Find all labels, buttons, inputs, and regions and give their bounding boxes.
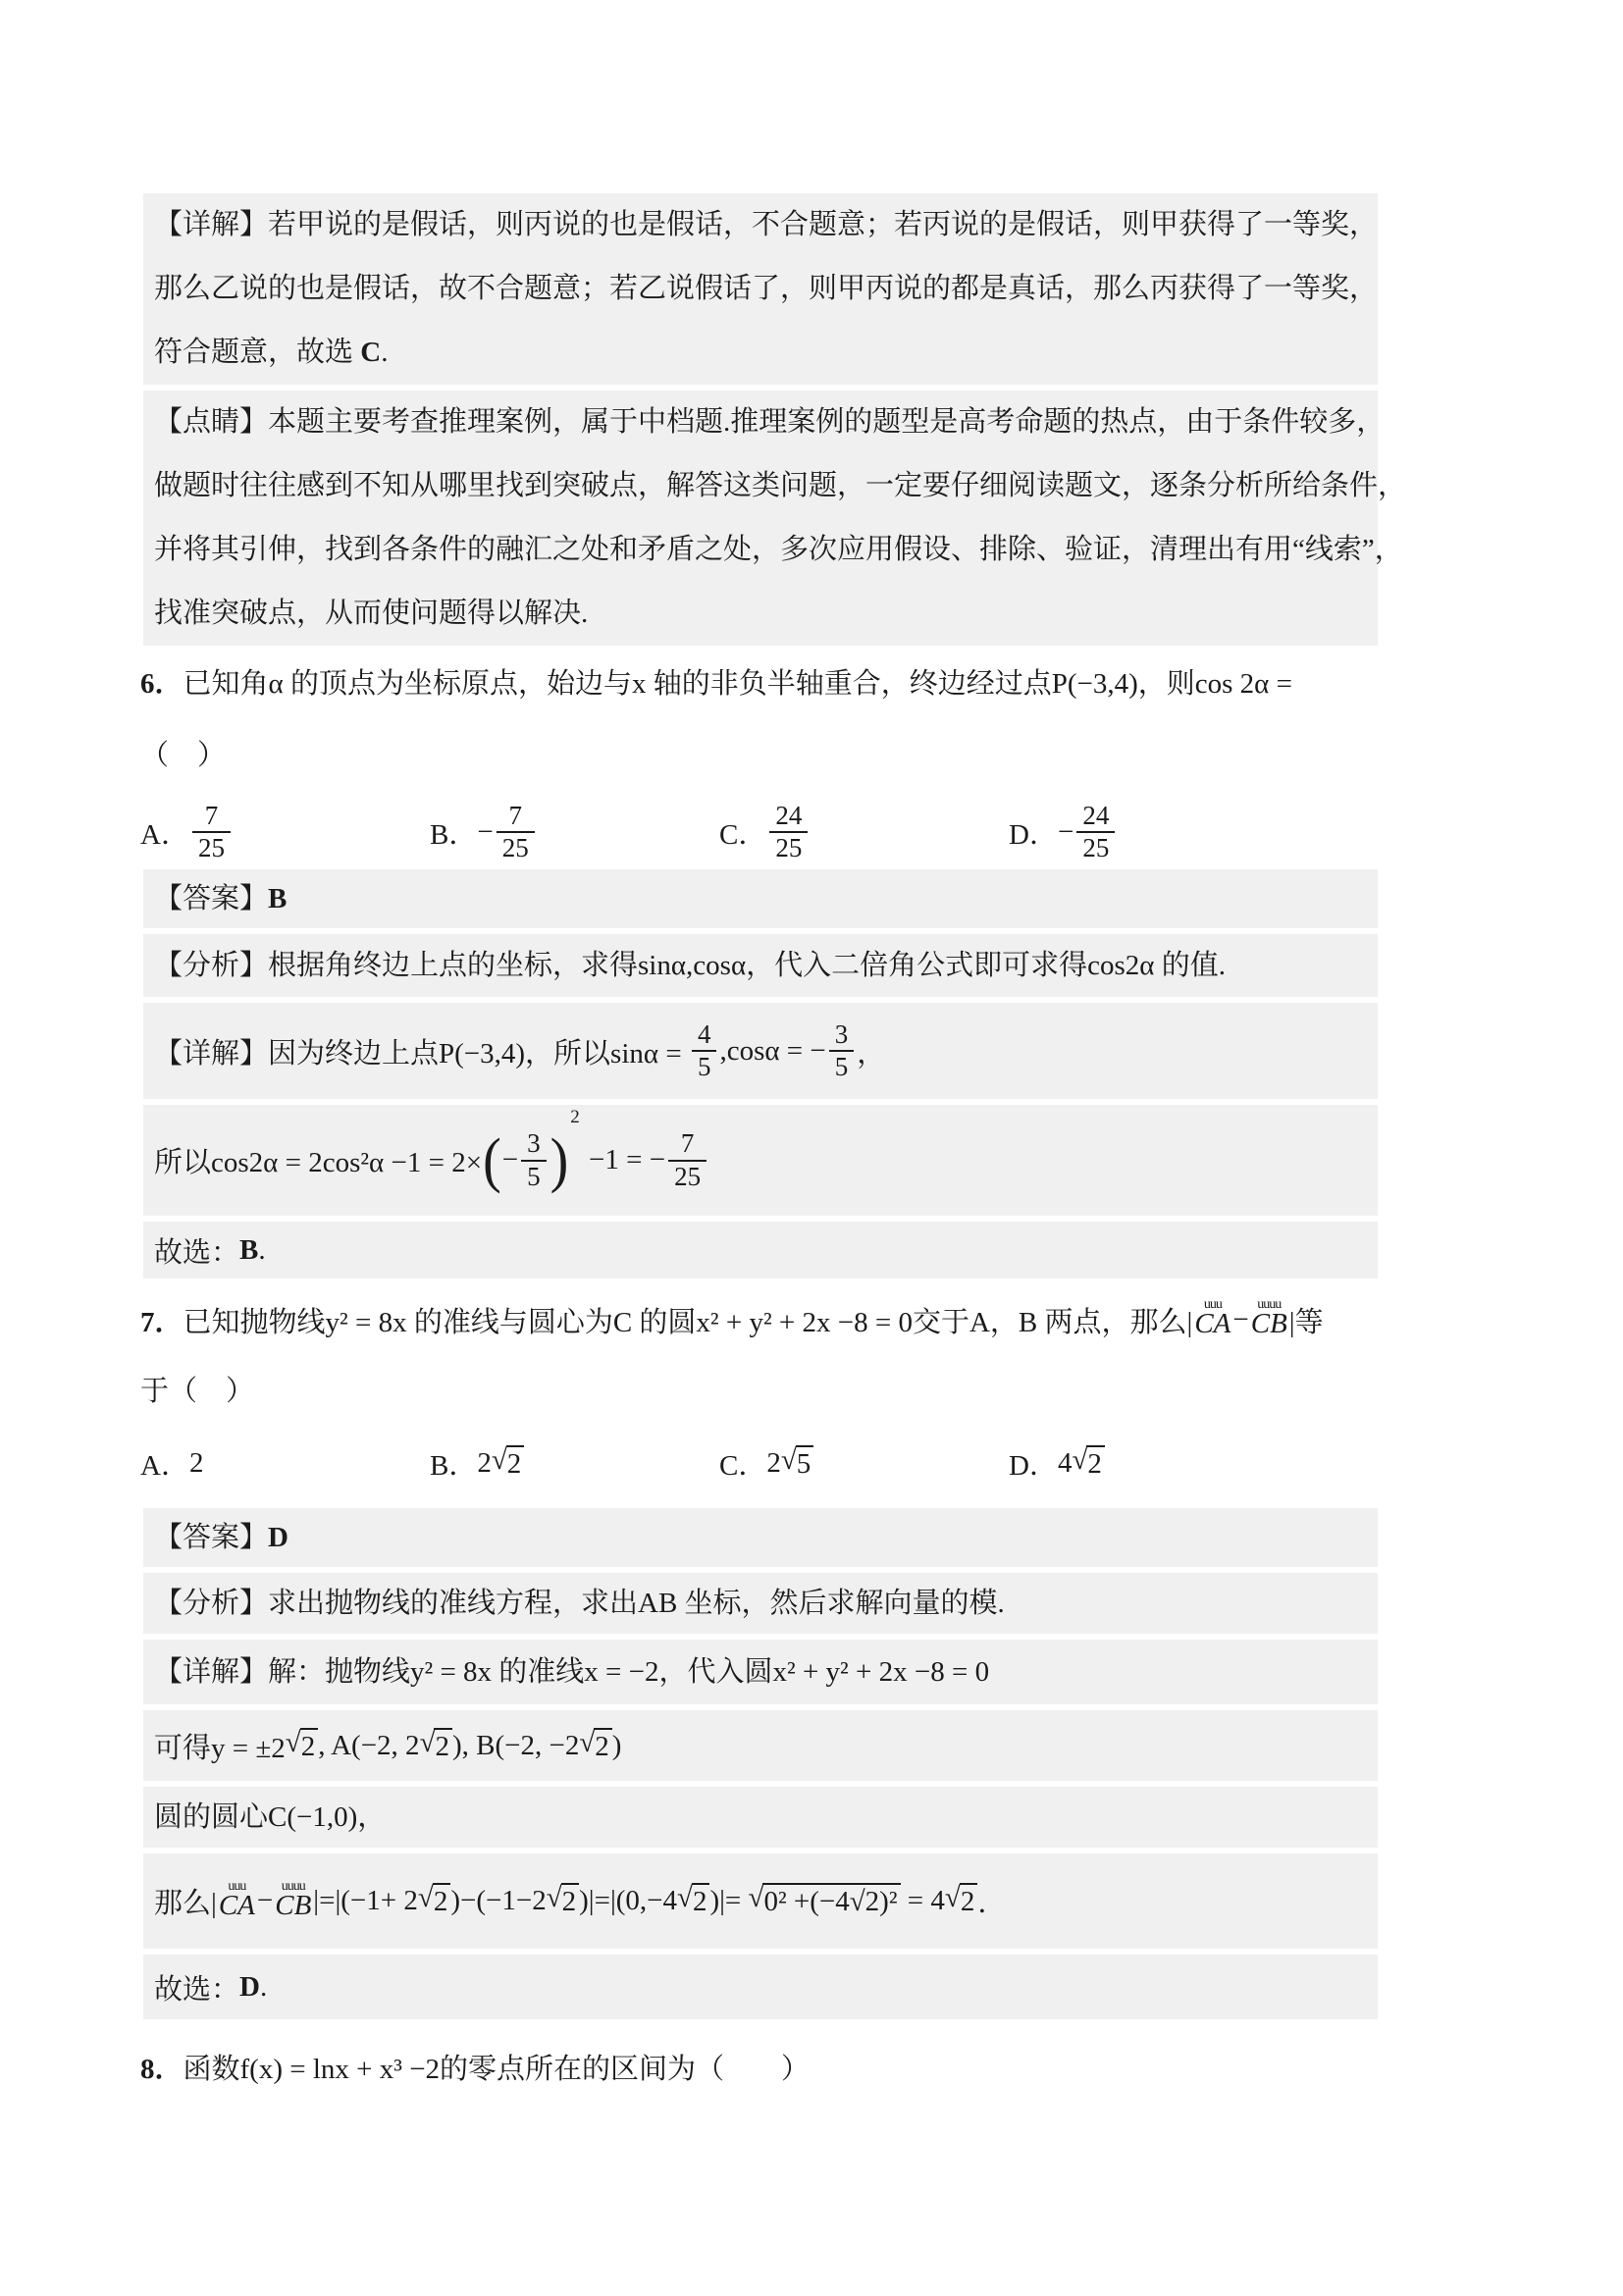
detail-line: 圆的圆心C(−1,0)， xyxy=(143,1787,1378,1848)
radicand: 2 xyxy=(300,1728,319,1764)
answer-paragraph: 【答案】B xyxy=(143,869,1378,928)
sqrt: √2 xyxy=(420,1728,452,1764)
detail-conclusion-line: 符合题意，故选 C. xyxy=(154,321,1378,385)
formula-text: )|=|(0,−4 xyxy=(579,1885,677,1917)
analysis-paragraph: 【分析】求出抛物线的准线方程，求出AB 坐标，然后求解向量的模. xyxy=(143,1573,1378,1634)
question-number: 7． xyxy=(140,1300,183,1340)
minus-sign: − xyxy=(1232,1304,1248,1336)
vector-base: CA xyxy=(1194,1309,1230,1338)
sqrt-sign: √ xyxy=(418,1883,434,1912)
big-sqrt: √0² +(−4√2)² xyxy=(749,1883,901,1919)
option-b: B．2√2 xyxy=(430,1433,524,1493)
option-a: A．725 xyxy=(140,787,234,877)
numerator: 24 xyxy=(1076,801,1115,833)
numerator: 24 xyxy=(769,801,808,833)
period: ． xyxy=(977,1881,1006,1921)
left-paren: ( xyxy=(483,1129,501,1191)
fraction: 725 xyxy=(668,1128,707,1191)
radicand: 2 xyxy=(1086,1445,1105,1482)
option-c: C．2√5 xyxy=(719,1433,813,1493)
denominator: 25 xyxy=(769,833,808,863)
option-label: D． xyxy=(1009,812,1058,853)
radicand: 2 xyxy=(506,1445,525,1482)
conclusion-text: 符合题意，故选 xyxy=(154,337,360,368)
sqrt-sign: √ xyxy=(492,1445,507,1475)
detail-formula-line: 所以cos2α = 2cos²α −1 = 2× ( − 35 ) 2 −1 =… xyxy=(143,1105,1378,1216)
numerator: 4 xyxy=(692,1019,717,1052)
question8-stem: 8．函数f(x) = lnx + x³ −2的零点所在的区间为（ ） xyxy=(140,2045,810,2088)
conclusion-paragraph: 故选：D. xyxy=(143,1955,1378,2019)
sqrt-sign: √ xyxy=(781,1445,797,1475)
detail-formula-line: 那么| uuuCA − uuuuCB |=|(−1+ 2 √2 )−(−1−2 … xyxy=(143,1853,1378,1949)
conclusion-text: 故选： xyxy=(154,1230,239,1271)
formula-text: )|= xyxy=(709,1885,748,1917)
radicand: 2 xyxy=(561,1883,580,1919)
minus-sign: − xyxy=(257,1885,273,1917)
vector-cb: uuuuCB xyxy=(1251,1300,1287,1338)
numerator: 7 xyxy=(668,1128,707,1161)
vector-ca: uuuCA xyxy=(219,1882,255,1920)
denominator: 25 xyxy=(1076,833,1115,863)
sqrt-sign: √ xyxy=(286,1728,301,1757)
denominator: 5 xyxy=(521,1162,547,1192)
coefficient: 2 xyxy=(477,1447,492,1480)
answer-label: 【答案】 xyxy=(154,883,268,914)
answer-letter: D xyxy=(239,1971,260,2004)
option-c: C．2425 xyxy=(719,787,811,877)
exponent: 2 xyxy=(570,1107,580,1128)
formula-text: ), B(−2, −2 xyxy=(452,1730,579,1762)
vector-cb: uuuuCB xyxy=(275,1882,311,1920)
sqrt: √2 xyxy=(945,1883,977,1919)
conclusion-paragraph: 故选：B. xyxy=(143,1222,1378,1278)
answer-letter: C xyxy=(360,337,381,368)
radicand: 2 xyxy=(960,1883,978,1919)
question-text: 已知角α 的顶点为坐标原点，始边与x 轴的非负半轴重合，终边经过点P(−3,4)… xyxy=(183,661,1292,702)
formula-text: )−(−1−2 xyxy=(450,1885,546,1917)
solution6-block: 【答案】B 【分析】根据角终边上点的坐标，求得sinα,cosα，代入二倍角公式… xyxy=(143,869,1378,1284)
sqrt: √2 xyxy=(547,1883,579,1919)
formula-text: −1 = − xyxy=(582,1144,665,1176)
solution7-block: 【答案】D 【分析】求出抛物线的准线方程，求出AB 坐标，然后求解向量的模. 【… xyxy=(143,1508,1378,2025)
denominator: 5 xyxy=(829,1052,855,1082)
answer-letter: B xyxy=(268,883,287,914)
option-label: D． xyxy=(1009,1443,1058,1484)
question-number: 8． xyxy=(140,2047,183,2087)
sqrt-sign: √ xyxy=(945,1883,961,1912)
detail-line: 【详解】若甲说的是假话，则丙说的也是假话，不合题意；若丙说的是假话，则甲获得了一… xyxy=(154,193,1378,257)
period: . xyxy=(381,337,388,368)
radicand: 2 xyxy=(594,1728,612,1764)
fraction: 35 xyxy=(829,1019,855,1082)
denominator: 25 xyxy=(497,833,535,863)
radicand: 5 xyxy=(796,1445,814,1482)
detail-line: 那么乙说的也是假话，故不合题意；若乙说假话了，则甲丙说的都是真话，那么丙获得了一… xyxy=(154,257,1378,321)
sqrt-sign: √ xyxy=(420,1728,436,1757)
period: . xyxy=(258,1234,265,1267)
option-d: D．4√2 xyxy=(1009,1433,1105,1493)
numerator: 3 xyxy=(829,1019,855,1052)
option-d: D．−2425 xyxy=(1009,787,1118,877)
coefficient: 2 xyxy=(189,1447,204,1480)
question-text: 函数f(x) = lnx + x³ −2的零点所在的区间为（ ） xyxy=(183,2047,811,2087)
numerator: 7 xyxy=(192,801,231,833)
solution5-block: 【详解】若甲说的是假话，则丙说的也是假话，不合题意；若丙说的是假话，则甲获得了一… xyxy=(143,193,1378,652)
detail-formula-line: 可得y = ±2 √2 , A(−2, 2 √2 ), B(−2, −2 √2 … xyxy=(143,1710,1378,1781)
answer-paragraph: 【答案】D xyxy=(143,1508,1378,1567)
sqrt-sign: √ xyxy=(749,1883,764,1912)
coefficient: 4 xyxy=(1058,1447,1073,1480)
sqrt: √2 xyxy=(677,1883,709,1919)
sqrt: √2 xyxy=(492,1445,524,1482)
question6-paren: （ ） xyxy=(140,736,226,775)
sqrt-sign: √ xyxy=(677,1883,693,1912)
fraction: 2425 xyxy=(1076,801,1115,863)
sqrt: √2 xyxy=(579,1728,611,1764)
question7-options: A．2 B．2√2 C．2√5 D．4√2 xyxy=(140,1433,1396,1493)
minus-sign: − xyxy=(502,1144,518,1176)
sign: − xyxy=(1058,816,1073,849)
note-line: 做题时往往感到不知从哪里找到突破点，解答这类问题，一定要仔细阅读题文，逐条分析所… xyxy=(154,454,1378,518)
sqrt: √2 xyxy=(418,1883,450,1919)
formula-text: ,cosα = − xyxy=(719,1035,825,1068)
radicand: 2 xyxy=(692,1883,710,1919)
option-label: A． xyxy=(140,1443,189,1484)
answer-letter: D xyxy=(268,1522,288,1553)
radicand: 0² +(−4√2)² xyxy=(762,1883,900,1919)
question7-stem-line2: 于（ ） xyxy=(140,1372,254,1411)
sqrt-sign: √ xyxy=(547,1883,562,1912)
detail-line: 【详解】解：抛物线y² = 8x 的准线x = −2，代入圆x² + y² + … xyxy=(143,1640,1378,1704)
question7-stem: 7．已知抛物线y² = 8x 的准线与圆心为C 的圆x² + y² + 2x −… xyxy=(140,1293,1324,1346)
fraction: 45 xyxy=(692,1019,717,1082)
formula-text: ) xyxy=(612,1730,622,1762)
formula-text: 【详解】因为终边上点P(−3,4)，所以sinα = xyxy=(154,1031,689,1071)
document-page: 【详解】若甲说的是假话，则丙说的也是假话，不合题意；若丙说的是假话，则甲获得了一… xyxy=(0,0,1623,2296)
numerator: 3 xyxy=(521,1128,547,1161)
vector-ca: uuuCA xyxy=(1194,1300,1230,1338)
formula-text: ， xyxy=(857,1031,885,1071)
right-paren: ) xyxy=(550,1129,569,1191)
option-label: B． xyxy=(430,1443,477,1484)
denominator: 5 xyxy=(692,1052,717,1082)
sqrt-sign: √ xyxy=(579,1728,595,1757)
option-label: C． xyxy=(719,812,766,853)
radicand: 2 xyxy=(433,1883,451,1919)
note-line: 并将其引伸，找到各条件的融汇之处和矛盾之处，多次应用假设、排除、验证，清理出有用… xyxy=(154,518,1378,582)
formula-text: , A(−2, 2 xyxy=(318,1730,419,1762)
fraction: 2425 xyxy=(769,801,808,863)
question-text: |等 xyxy=(1289,1300,1324,1340)
fraction: 725 xyxy=(497,801,535,863)
note-line: 【点睛】本题主要考查推理案例，属于中档题.推理案例的题型是高考命题的热点，由于条… xyxy=(154,391,1378,454)
formula-text: = 4 xyxy=(901,1885,945,1917)
option-label: B． xyxy=(430,812,477,853)
sqrt: √2 xyxy=(1072,1445,1104,1482)
vector-base: CB xyxy=(275,1891,311,1920)
answer-label: 【答案】 xyxy=(154,1522,268,1553)
sqrt: √5 xyxy=(781,1445,813,1482)
option-b: B．−725 xyxy=(430,787,538,877)
option-a: A．2 xyxy=(140,1433,203,1493)
solution5-note-paragraph: 【点睛】本题主要考查推理案例，属于中档题.推理案例的题型是高考命题的热点，由于条… xyxy=(143,391,1378,646)
detail-formula-line: 【详解】因为终边上点P(−3,4)，所以sinα = 45 ,cosα = − … xyxy=(143,1003,1378,1099)
formula-text: 所以cos2α = 2cos²α −1 = 2× xyxy=(154,1140,482,1180)
option-label: C． xyxy=(719,1443,766,1484)
radicand: 2 xyxy=(434,1728,452,1764)
vector-base: CB xyxy=(1251,1309,1287,1338)
fraction: 35 xyxy=(521,1128,547,1191)
denominator: 25 xyxy=(192,833,231,863)
sign: − xyxy=(477,816,493,849)
conclusion-text: 故选： xyxy=(154,1967,239,2008)
vector-base: CA xyxy=(219,1891,255,1920)
sqrt: √2 xyxy=(286,1728,318,1764)
option-label: A． xyxy=(140,812,189,853)
period: . xyxy=(260,1971,267,2004)
question-number: 6． xyxy=(140,661,183,702)
fraction: 725 xyxy=(192,801,231,863)
note-line: 找准突破点，从而使问题得以解决. xyxy=(154,582,1378,646)
question6-options: A．725 B．−725 C．2425 D．−2425 xyxy=(140,787,1396,877)
question-text: 已知抛物线y² = 8x 的准线与圆心为C 的圆x² + y² + 2x −8 … xyxy=(183,1300,1193,1340)
numerator: 7 xyxy=(497,801,535,833)
sqrt-sign: √ xyxy=(1072,1445,1087,1475)
formula-text: 可得y = ±2 xyxy=(154,1726,286,1766)
solution5-detail-paragraph: 【详解】若甲说的是假话，则丙说的也是假话，不合题意；若丙说的是假话，则甲获得了一… xyxy=(143,193,1378,385)
question6-stem: 6．已知角α 的顶点为坐标原点，始边与x 轴的非负半轴重合，终边经过点P(−3,… xyxy=(140,659,1292,703)
analysis-paragraph: 【分析】根据角终边上点的坐标，求得sinα,cosα，代入二倍角公式即可求得co… xyxy=(143,934,1378,997)
coefficient: 2 xyxy=(766,1447,781,1480)
denominator: 25 xyxy=(668,1162,707,1192)
formula-text: |=|(−1+ 2 xyxy=(313,1885,418,1917)
answer-letter: B xyxy=(239,1234,258,1267)
formula-text: 那么| xyxy=(154,1881,217,1921)
